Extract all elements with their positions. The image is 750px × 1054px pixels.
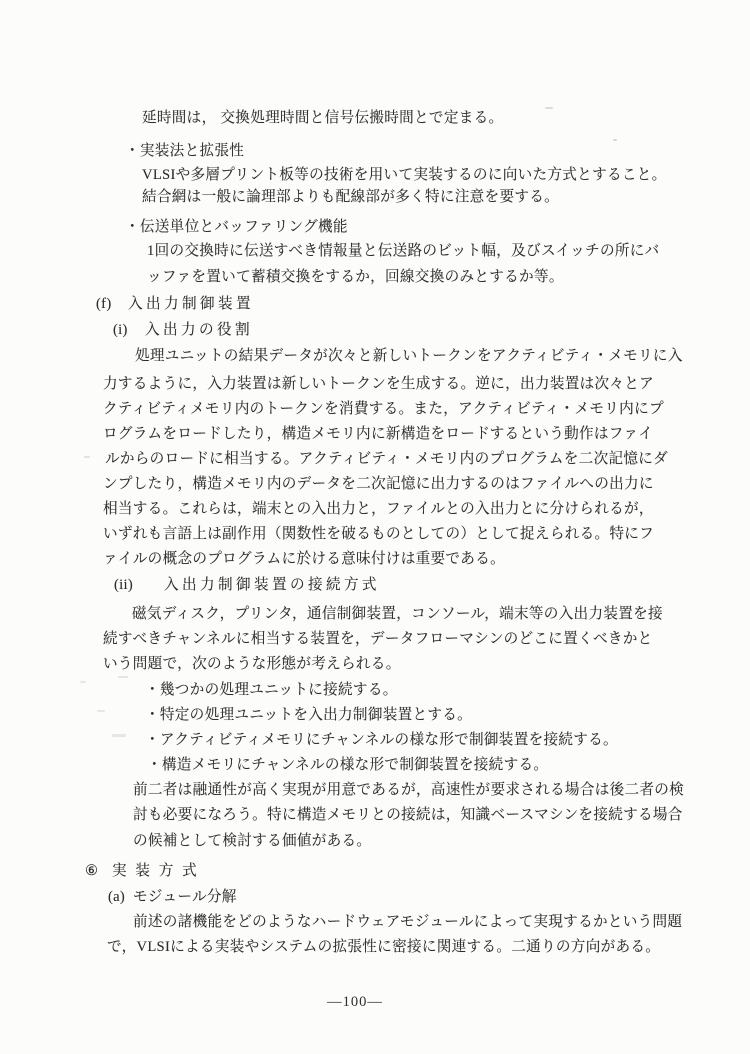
scan-artifact: [545, 107, 553, 109]
text-line: 延時間は， 交換処理時間と信号伝搬時間とで定まる。: [142, 110, 503, 127]
page-number: —100—: [0, 994, 710, 1011]
text-line: ログラムをロードしたり，構造メモリ内に新構造をロードするという動作はファイ: [103, 426, 653, 443]
bullet-item: ・幾つかの処理ユニットに接続する。: [145, 682, 398, 699]
heading-label: 入出力制御装置の接続方式: [164, 577, 380, 593]
text-line: ッファを置いて蓄積交換をするか，回線交換のみとするか等。: [147, 269, 564, 286]
text-line: の候補として検討する価値がある。: [133, 833, 371, 850]
document-page: 延時間は， 交換処理時間と信号伝搬時間とで定まる。 ・実装法と拡張性 VLSIや…: [0, 0, 750, 1054]
heading-f: (f)入出力制御装置: [96, 296, 254, 313]
scan-artifact: [80, 681, 86, 683]
item-marker: (ii): [114, 577, 164, 594]
bullet-item: ・伝送単位とバッファリング機能: [125, 219, 348, 236]
text-line: クティビティメモリ内のトークンを消費する。また，アクティビティ・メモリ内にプ: [103, 401, 664, 418]
text-line: で，VLSIによる実装やシステムの拡張性に密接に関連する。二通りの方向がある。: [107, 939, 660, 956]
scan-artifact: [97, 710, 105, 712]
text-line: 前二者は融通性が高く実現が用意であるが，高速性が要求される場合は後二者の検: [133, 782, 684, 799]
text-line: いずれも言語上は副作用（関数性を破るものとしての）として捉えられる。特にフ: [103, 526, 654, 543]
heading-ii: (ii)入出力制御装置の接続方式: [114, 577, 380, 594]
bullet-item: ・アクティビティメモリにチャンネルの様な形で制御装置を接続する。: [145, 732, 618, 749]
text-line: 磁気ディスク，プリンタ，通信制御装置，コンソール，端末等の入出力装置を接: [132, 606, 663, 623]
item-marker: (f): [96, 296, 128, 313]
text-line: 討も必要になろう。特に構造メモリとの接続は，知識ベースマシンを接続する場合: [133, 807, 683, 824]
bullet-item: ・構造メモリにチャンネルの様な形で制御装置を接続する。: [147, 757, 548, 774]
item-marker: (a): [108, 889, 133, 906]
text-line: ンプしたり，構造メモリ内のデータを二次記憶に出力するのはファイルへの出力に: [103, 476, 654, 493]
bullet-item: ・特定の処理ユニットを入出力制御装置とする。: [145, 707, 472, 724]
text-line: 前述の諸機能をどのようなハードウェアモジュールによって実現するかという問題: [133, 914, 682, 931]
section-heading: ⑥実装方式: [85, 863, 206, 880]
heading-label: 入出力制御装置: [128, 296, 254, 312]
text-line: 処理ユニットの結果データが次々と新しいトークンをアクティビティ・メモリに入: [135, 348, 683, 365]
text-line: 相当する。これらは，端末との入出力と，ファイルとの入出力とに分けられるが，: [103, 501, 654, 518]
heading-i: (i)入出力の役割: [113, 322, 253, 339]
text-line: ルからのロードに相当する。アクティビティ・メモリ内のプログラムを二次記憶にダ: [105, 451, 668, 468]
text-line: いう問題で，次のような形態が考えられる。: [103, 656, 401, 673]
scan-artifact: [118, 676, 128, 678]
text-line: 結合網は一般に論理部よりも配線部が多く特に注意を要する。: [142, 189, 559, 206]
text-line: 力するように，入力装置は新しいトークンを生成する。逆に，出力装置は次々とア: [103, 376, 654, 393]
scan-artifact: [613, 139, 617, 141]
heading-a: (a)モジュール分解: [108, 889, 237, 906]
item-marker: ⑥: [85, 863, 112, 880]
text-line: VLSIや多層プリント板等の技術を用いて実装するのに向いた方式とすること。: [142, 167, 667, 184]
text-line: 1回の交換時に伝送すべき情報量と伝送路のビット幅，及びスイッチの所にバ: [147, 243, 660, 260]
item-marker: (i): [113, 322, 145, 339]
bullet-item: ・実装法と拡張性: [125, 143, 244, 160]
text-line: ァイルの概念のプログラムに於ける意味付けは重要である。: [103, 551, 505, 568]
heading-label: 実装方式: [112, 863, 206, 879]
scan-artifact: [84, 456, 90, 458]
heading-label: モジュール分解: [133, 889, 237, 905]
heading-label: 入出力の役割: [145, 322, 253, 338]
text-line: 続すべきチャンネルに相当する装置を，データフローマシンのどこに置くべきかと: [103, 631, 653, 648]
scan-artifact: [112, 734, 126, 737]
